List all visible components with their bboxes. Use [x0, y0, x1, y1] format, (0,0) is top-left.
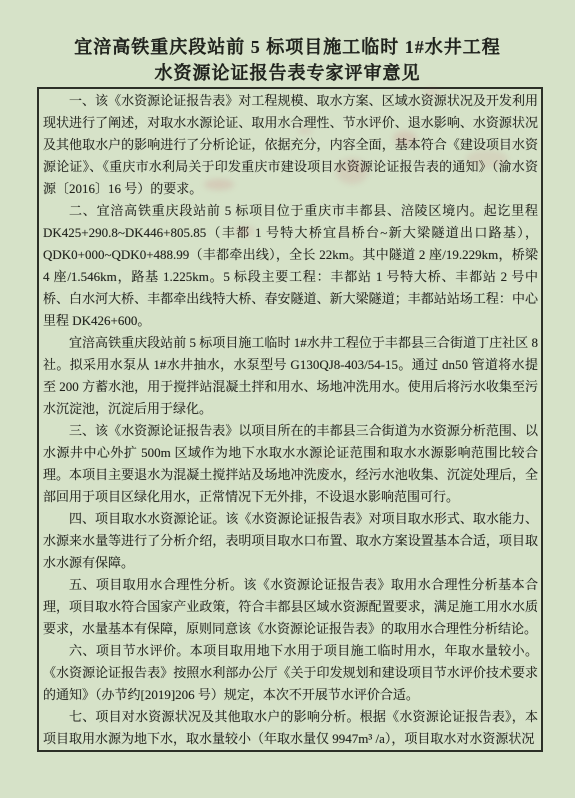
review-paragraph-3: 三、该《水资源论证报告表》以项目所在的丰都县三合街道为水资源分析范围、以水源井中… [43, 420, 538, 508]
review-paragraph-2-continued: 宜涪高铁重庆段站前 5 标项目施工临时 1#水井工程位于丰都县三合街道丁庄社区 … [43, 332, 538, 420]
review-paragraph-6: 六、项目节水评价。本项目取用地下水用于项目施工临时用水，年取水量较小。《水资源论… [43, 640, 538, 706]
review-paragraph-1: 一、该《水资源论证报告表》对工程规模、取水方案、区域水资源状况及开发利用现状进行… [43, 90, 538, 200]
review-paragraph-7: 七、项目对水资源状况及其他取水户的影响分析。根据《水资源论证报告表》，本项目取用… [43, 706, 538, 750]
review-paragraph-5: 五、项目取用水合理性分析。该《水资源论证报告表》取用水合理性分析基本合理，项目取… [43, 574, 538, 640]
document-title: 宜涪高铁重庆段站前 5 标项目施工临时 1#水井工程 水资源论证报告表专家评审意… [0, 34, 575, 86]
document-title-line1: 宜涪高铁重庆段站前 5 标项目施工临时 1#水井工程 [0, 34, 575, 60]
document-title-line2: 水资源论证报告表专家评审意见 [0, 60, 575, 86]
review-opinion-box: 一、该《水资源论证报告表》对工程规模、取水方案、区域水资源状况及开发利用现状进行… [37, 87, 543, 752]
review-paragraph-2: 二、宜涪高铁重庆段站前 5 标项目位于重庆市丰都县、涪陵区境内。起讫里程 DK4… [43, 200, 538, 332]
review-paragraph-4: 四、项目取水水资源论证。该《水资源论证报告表》对项目取水形式、取水能力、水源来水… [43, 508, 538, 574]
scanned-document-page: 宜涪高铁重庆段站前 5 标项目施工临时 1#水井工程 水资源论证报告表专家评审意… [0, 0, 575, 798]
